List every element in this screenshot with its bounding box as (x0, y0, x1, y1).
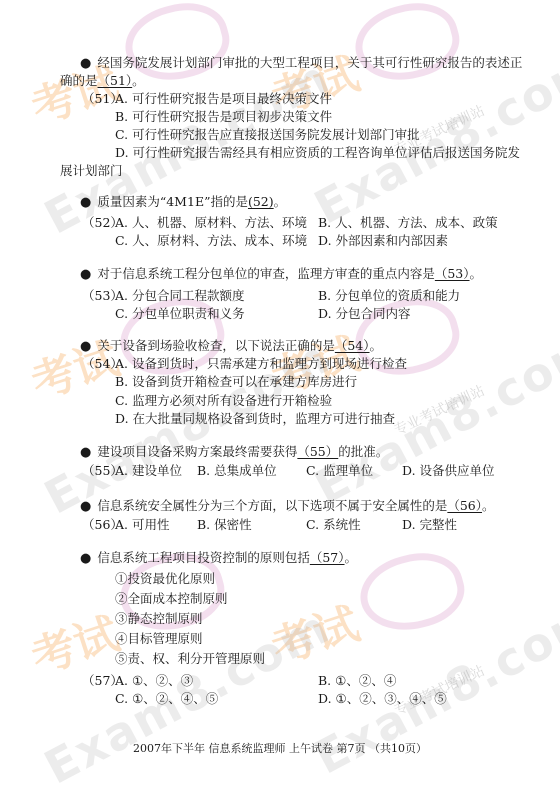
q55-option-a: A. 建设单位 (115, 463, 182, 479)
q53-stem: ●对于信息系统工程分包单位的审查，监理方审查的重点内容是（53）。 (80, 266, 482, 283)
q57-option-c: C. ①、②、④、⑤ (115, 691, 218, 707)
q51-stem: ●经国务院发展计划部门审批的大型工程项目，关于其可行性研究报告的表述正 (80, 55, 522, 72)
q51-option-d-cont: 展计划部门 (60, 163, 123, 179)
q57-item-4: ④目标管理原则 (115, 631, 203, 647)
q56-stem: ●信息系统安全属性分为三个方面，以下选项不属于安全属性的是（56）。 (80, 498, 495, 515)
q53-option-a: A. 分包合同工程款额度 (115, 288, 244, 304)
watermark-tagline-bottom: 专业考试培训站 (390, 660, 487, 720)
q53-option-d: D. 分包合同内容 (318, 306, 411, 322)
bullet-icon: ● (80, 445, 91, 460)
bullet-icon: ● (80, 56, 91, 71)
q51-option-a: A. 可行性研究报告是项目最终决策文件 (115, 91, 332, 107)
q51-blank: （51） (98, 73, 133, 88)
q52-stem: ●质量因素为“4M1E”指的是(52)。 (80, 194, 286, 211)
watermark-logo-bottom-right: 考试 (262, 588, 365, 676)
q55-option-c: C. 监理单位 (306, 463, 373, 479)
bullet-icon: ● (80, 551, 91, 566)
q51-stem-line2: 确的是（51）。 (60, 73, 145, 89)
q54-option-c: C. 监理方必须对所有设备进行开箱检验 (115, 393, 332, 409)
q52-option-b: B. 人、机器、方法、成本、政策 (318, 215, 498, 231)
q55-stem: ●建设项目设备采购方案最终需要获得（55）的批准。 (80, 444, 388, 461)
q52-option-a: A. 人、机器、原材料、方法、环境 (115, 215, 307, 231)
q54-option-b: B. 设备到货开箱检查可以在承建方库房进行 (115, 374, 357, 390)
q54-stem: ●关于设备到场验收检查，以下说法正确的是（54）。 (80, 338, 382, 355)
q57-item-3: ③静态控制原则 (115, 611, 203, 627)
q56-option-d: D. 完整性 (402, 517, 457, 533)
watermark-tagline-mid: 专业考试培训站 (390, 380, 487, 440)
q53-blank: （53） (435, 266, 470, 281)
q57-item-1: ①投资最优化原则 (115, 571, 215, 587)
q57-option-d: D. ①、②、③、④、⑤ (318, 691, 447, 707)
q54-option-d: D. 在大批量同规格设备到货时，监理方可进行抽查 (115, 411, 395, 427)
q55-option-d: D. 设备供应单位 (402, 463, 495, 479)
bullet-icon: ● (80, 499, 91, 514)
bullet-icon: ● (80, 195, 91, 210)
q55-option-b: B. 总集成单位 (197, 463, 277, 479)
watermark-bubble-top-right (347, 0, 467, 91)
q51-option-d: D. 可行性研究报告需经具有相应资质的工程咨询单位评估后报送国务院发 (115, 145, 520, 161)
q57-option-b: B. ①、②、④ (318, 673, 396, 689)
page-footer: 2007年下半年 信息系统监理师 上午试卷 第7页 （共10页） (0, 740, 560, 756)
watermark-bubble-bottom-right (352, 543, 472, 641)
bullet-icon: ● (80, 267, 91, 282)
q56-option-b: B. 保密性 (197, 517, 252, 533)
q54-blank: （54） (335, 338, 370, 353)
q56-blank: （56） (447, 498, 482, 513)
q57-item-2: ②全面成本控制原则 (115, 591, 228, 607)
q54-option-a: A. 设备到货时，只需承建方和监理方到现场进行检查 (115, 356, 407, 372)
q57-blank: （57） (310, 550, 345, 565)
q52-option-c: C. 人、原材料、方法、成本、环境 (115, 233, 307, 249)
bullet-icon: ● (80, 339, 91, 354)
q53-option-b: B. 分包单位的资质和能力 (318, 288, 460, 304)
q51-option-c: C. 可行性研究报告应直接报送国务院发展计划部门审批 (115, 127, 420, 143)
q57-option-a: A. ①、②、③ (115, 673, 193, 689)
q52-option-d: D. 外部因素和内部因素 (318, 233, 448, 249)
q53-option-c: C. 分包单位职责和义务 (115, 306, 245, 322)
q56-option-c: C. 系统性 (306, 517, 361, 533)
q52-blank: (52) (248, 194, 274, 209)
q56-option-a: A. 可用性 (115, 517, 169, 533)
q57-stem: ●信息系统工程项目投资控制的原则包括（57）。 (80, 550, 357, 567)
q51-option-b: B. 可行性研究报告是项目初步决策文件 (115, 109, 332, 125)
q57-item-5: ⑤责、权、利分开管理原则 (115, 651, 265, 667)
q55-blank: （55） (297, 444, 338, 459)
